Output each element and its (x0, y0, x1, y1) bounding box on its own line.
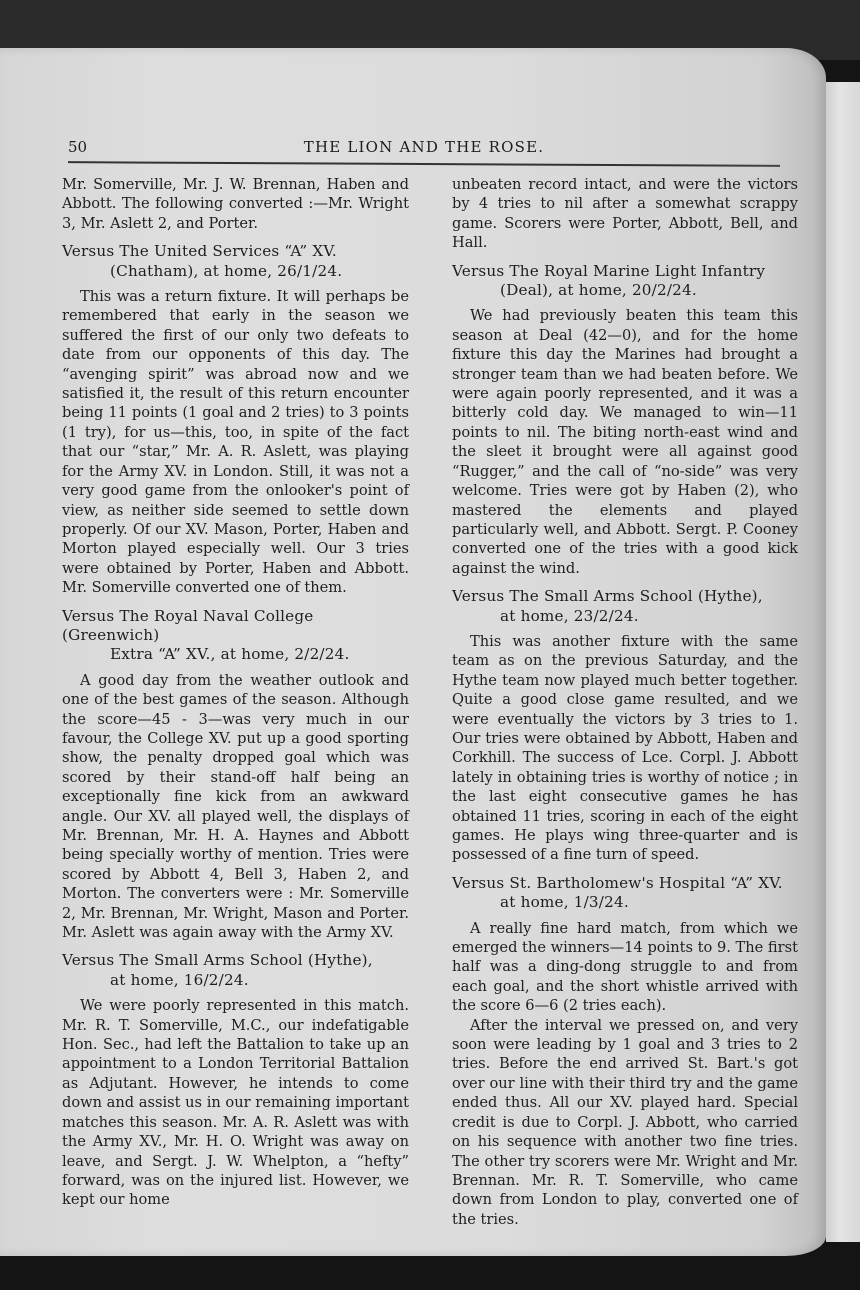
body-paragraph: This was a return fixture. It will perha… (62, 287, 409, 598)
continuation-paragraph: unbeaten record intact, and were the vic… (452, 175, 798, 253)
section-heading: Versus St. Bartholomew's Hospital “A” XV… (452, 874, 798, 913)
right-column: unbeaten record intact, and were the vic… (452, 175, 798, 1229)
heading-line: Versus The Royal Naval College (Greenwic… (62, 607, 313, 644)
body-paragraph: This was another fixture with the same t… (452, 632, 798, 865)
heading-subline: at home, 1/3/24. (452, 893, 798, 912)
section-heading: Versus The Small Arms School (Hythe), at… (62, 951, 409, 990)
section-heading: Versus The United Services “A” XV. (Chat… (62, 242, 409, 281)
body-paragraph: A really fine hard match, from which we … (452, 919, 798, 1016)
body-paragraph: A good day from the weather outlook and … (62, 671, 409, 943)
body-paragraph: After the interval we pressed on, and ve… (452, 1016, 798, 1229)
heading-subline: at home, 23/2/24. (452, 607, 798, 626)
heading-line: Versus The Small Arms School (Hythe), (62, 951, 373, 969)
heading-subline: (Chatham), at home, 26/1/24. (62, 262, 409, 281)
continuation-paragraph: Mr. Somerville, Mr. J. W. Brennan, Haben… (62, 175, 409, 233)
section-heading: Versus The Royal Marine Light Infantry (… (452, 262, 798, 301)
heading-subline: (Deal), at home, 20/2/24. (452, 281, 798, 300)
left-column: Mr. Somerville, Mr. J. W. Brennan, Haben… (62, 175, 409, 1210)
body-paragraph: We were poorly represented in this match… (62, 996, 409, 1209)
heading-line: Versus St. Bartholomew's Hospital “A” XV… (452, 874, 783, 892)
heading-subline: Extra “A” XV., at home, 2/2/24. (62, 645, 409, 664)
page-header: 50 THE LION AND THE ROSE. (68, 136, 780, 160)
adjacent-page-edge (826, 82, 860, 1242)
section-heading: Versus The Small Arms School (Hythe), at… (452, 587, 798, 626)
heading-line: Versus The Small Arms School (Hythe), (452, 587, 763, 605)
body-paragraph: We had previously beaten this team this … (452, 306, 798, 578)
heading-line: Versus The United Services “A” XV. (62, 242, 337, 260)
heading-subline: at home, 16/2/24. (62, 971, 409, 990)
heading-line: Versus The Royal Marine Light Infantry (452, 262, 765, 280)
running-title: THE LION AND THE ROSE. (68, 138, 780, 156)
section-heading: Versus The Royal Naval College (Greenwic… (62, 607, 409, 665)
